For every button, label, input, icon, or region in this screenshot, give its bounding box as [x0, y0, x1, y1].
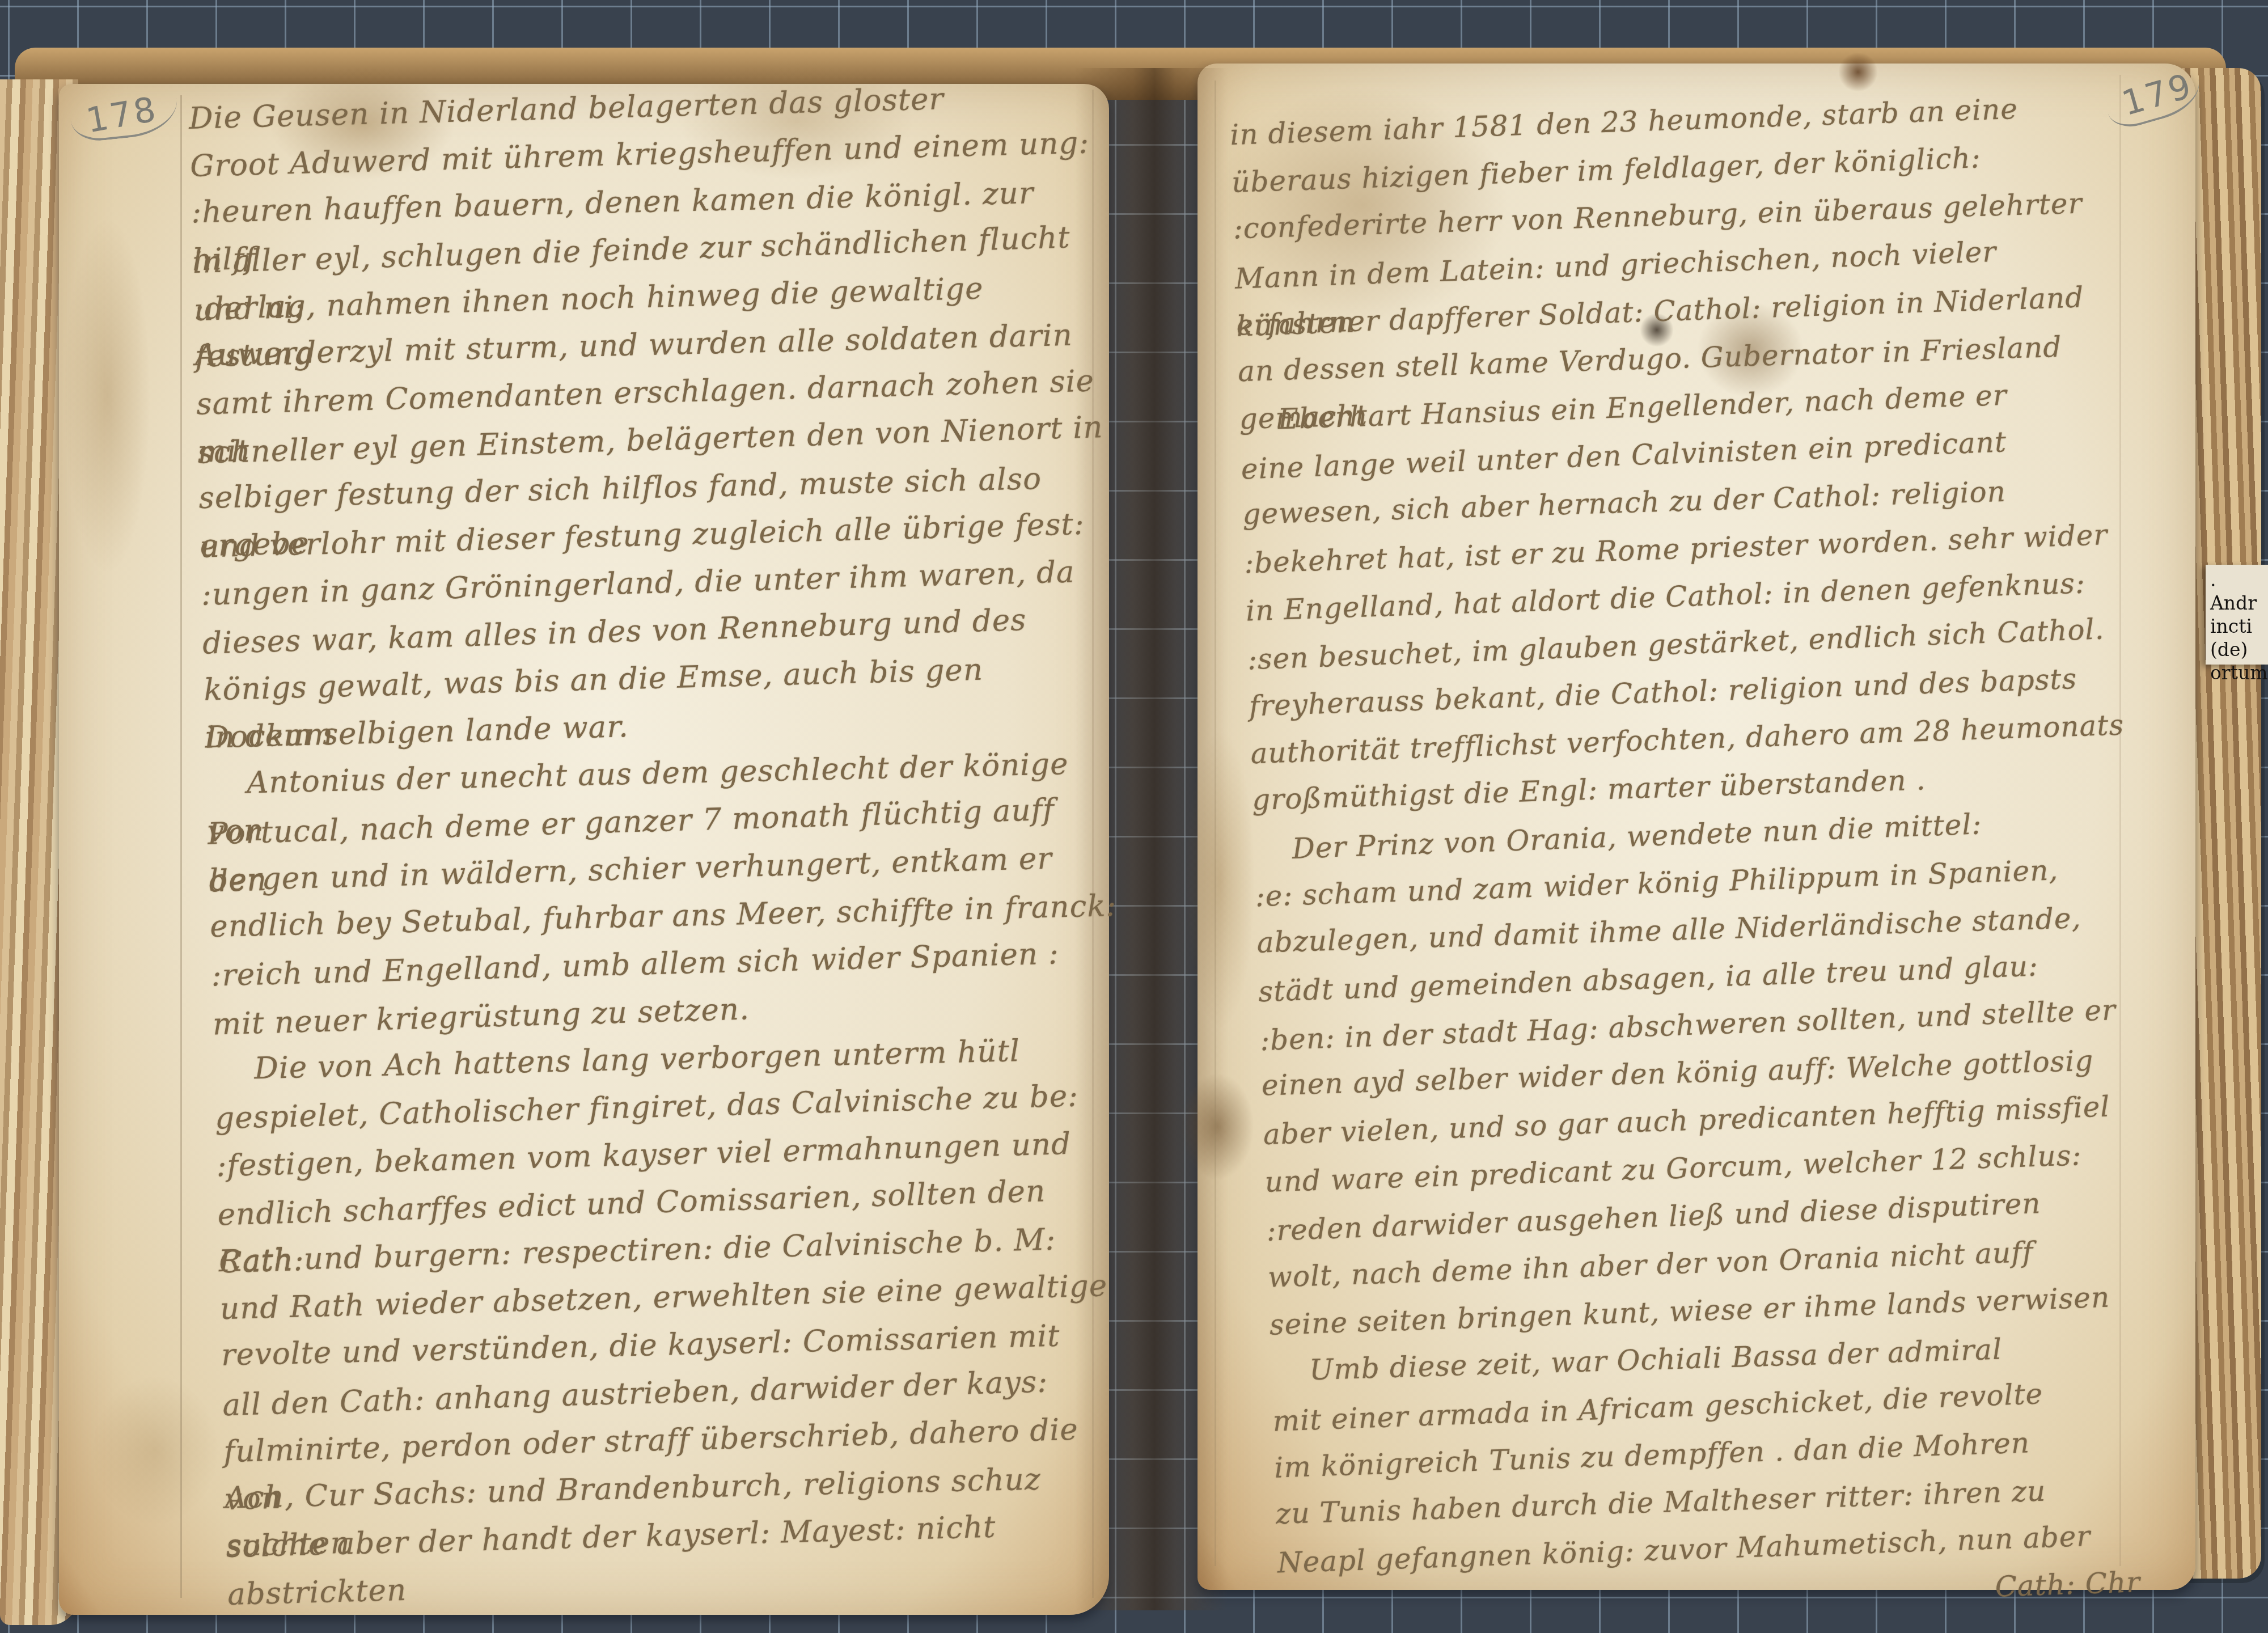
stain — [65, 220, 150, 572]
index-tab-line: . Andr — [2210, 568, 2268, 615]
index-tab: . Andrincti(de)ortum — [2206, 565, 2268, 665]
index-tab-line: ortum — [2210, 661, 2268, 684]
index-tab-line: incti — [2210, 615, 2268, 638]
right-page-text: in diesem iahr 1581 den 23 heumonde, sta… — [1229, 82, 2164, 1633]
manuscript-photo: 178 179 Die Geusen in Niderland belagert… — [0, 0, 2268, 1633]
stain — [93, 1377, 218, 1524]
left-page-text: Die Geusen in Niderland belagerten das g… — [188, 71, 1134, 1571]
margin-rule — [180, 95, 182, 1598]
index-tab-line: (de) — [2210, 638, 2268, 661]
